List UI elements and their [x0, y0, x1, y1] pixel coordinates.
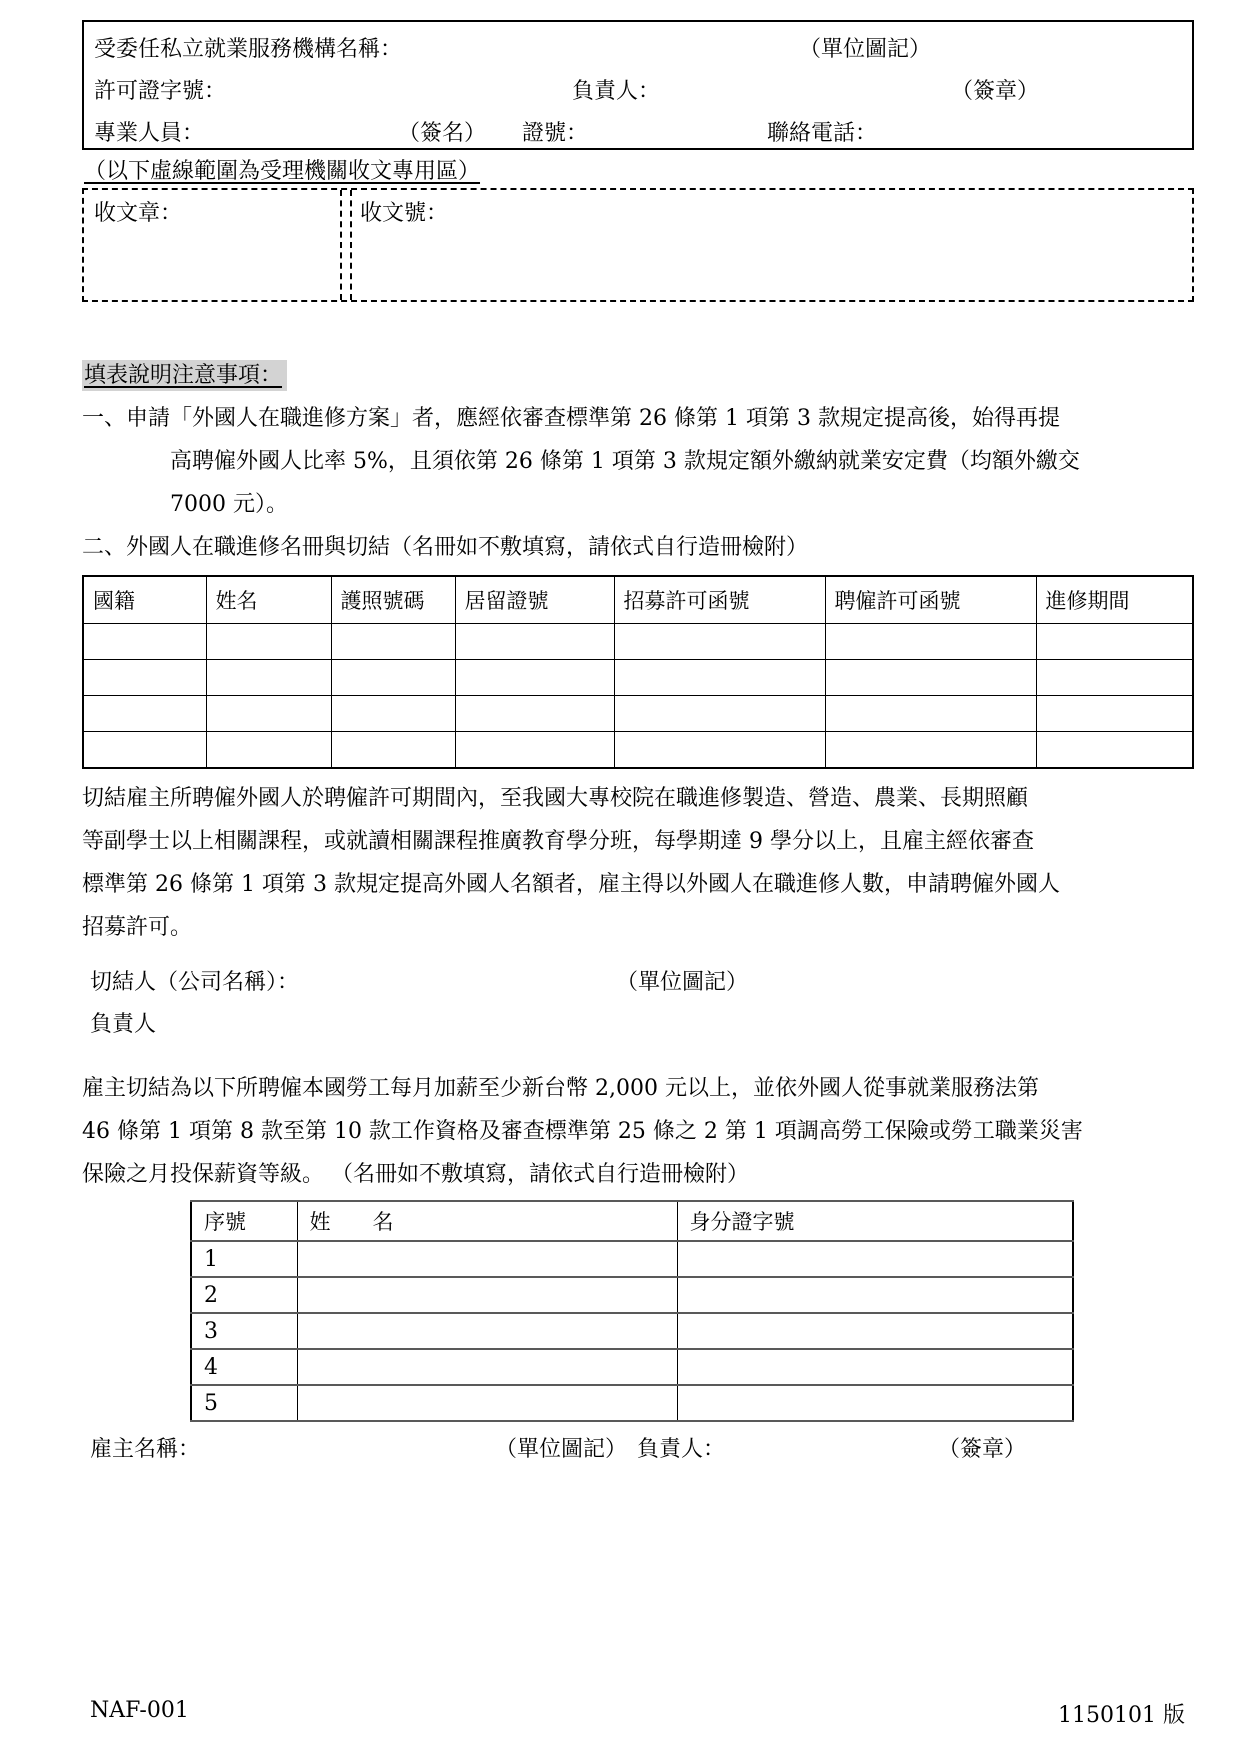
table1-header-name: 姓名 [206, 576, 331, 624]
empty-cell [1036, 624, 1193, 660]
instruction-line: 高聘僱外國人比率 5%，且須依第 26 條第 1 項第 3 款規定額外繳納就業安… [82, 440, 1194, 483]
table-row: 4 [191, 1349, 1073, 1385]
table-row [83, 732, 1193, 769]
pledge-line: 標準第 26 條第 1 項第 3 款規定提高外國人名額者，雇主得以外國人在職進修… [82, 863, 1194, 906]
receipt-divider [342, 190, 352, 300]
declarant-label: 切結人（公司名稱）： [90, 965, 299, 996]
table1-header-nationality: 國籍 [83, 576, 206, 624]
empty-cell [455, 660, 614, 696]
table-row [83, 696, 1193, 732]
applicant-agency-box: 受委任私立就業服務機構名稱： （單位圖記） 許可證字號： 負責人： （簽章） 專… [82, 20, 1194, 150]
domestic-worker-raise-table: 序號 姓 名 身分證字號 1 2 3 4 5 [190, 1200, 1074, 1422]
table-row [83, 660, 1193, 696]
receipt-area-note: （以下虛線範圍為受理機關收文專用區） [82, 154, 1194, 185]
table2-header-id-number: 身分證字號 [677, 1201, 1073, 1241]
responsible-person-label: 負責人： [637, 1432, 725, 1463]
signature-seal-label: （簽章） [938, 1432, 1026, 1463]
pledge-line: 切結雇主所聘僱外國人於聘僱許可期間內，至我國大專校院在職進修製造、營造、農業、長… [82, 777, 1194, 820]
receipt-number-cell: 收文號： [352, 190, 1192, 300]
empty-cell [206, 732, 331, 769]
pledge-line: 招募許可。 [82, 906, 1194, 949]
pledge-line: 等副學士以上相關課程，或就讀相關課程推廣教育學分班，每學期達 9 學分以上，且雇… [82, 820, 1194, 863]
empty-cell [455, 624, 614, 660]
empty-cell [455, 732, 614, 769]
receipt-stamp-cell: 收文章： [84, 190, 342, 300]
pledge-line: 保險之月投保薪資等級。 （名冊如不敷填寫，請依式自行造冊檢附） [82, 1153, 1194, 1196]
serial-number-cell: 3 [191, 1313, 297, 1349]
instructions-heading-text: 填表說明注意事項： [82, 360, 287, 391]
table1-header-recruitment-permit-number: 招募許可函號 [614, 576, 825, 624]
signature-label: （簽名） [398, 116, 486, 147]
professional-staff-label: 專業人員： [94, 116, 204, 147]
empty-cell [614, 624, 825, 660]
permit-number-label: 許可證字號： [94, 74, 226, 105]
unit-seal-label: （單位圖記） [799, 32, 931, 63]
form-content: 受委任私立就業服務機構名稱： （單位圖記） 許可證字號： 負責人： （簽章） 專… [82, 0, 1194, 1474]
responsible-person-label: 負責人 [82, 1007, 1194, 1049]
empty-cell [1036, 732, 1193, 769]
form-version: 1150101 版 [1058, 1698, 1185, 1729]
empty-cell [825, 660, 1036, 696]
employer-name-label: 雇主名稱： [90, 1432, 200, 1463]
instruction-line: 7000 元）。 [82, 483, 1194, 526]
serial-number-cell: 4 [191, 1349, 297, 1385]
empty-cell [614, 696, 825, 732]
employer-signature-line: 雇主名稱： （單位圖記） 負責人： （簽章） [82, 1432, 1194, 1474]
unit-seal-label: （單位圖記） [495, 1432, 627, 1463]
empty-cell [825, 696, 1036, 732]
table1-header-training-period: 進修期間 [1036, 576, 1193, 624]
table-row: 1 [191, 1241, 1073, 1277]
empty-cell [206, 696, 331, 732]
table1-header-passport-number: 護照號碼 [331, 576, 455, 624]
instructions-heading: 填表說明注意事項： [82, 358, 1194, 389]
empty-cell [331, 732, 455, 769]
receipt-number-label: 收文號： [360, 201, 448, 226]
empty-cell [614, 732, 825, 769]
table-header-row: 序號 姓 名 身分證字號 [191, 1201, 1073, 1241]
empty-cell [206, 660, 331, 696]
serial-number-cell: 1 [191, 1241, 297, 1277]
empty-cell [206, 624, 331, 660]
empty-cell [331, 624, 455, 660]
receipt-box: 收文章： 收文號： [82, 188, 1194, 302]
table1-header-residence-permit-number: 居留證號 [455, 576, 614, 624]
instruction-item-2: 二、外國人在職進修名冊與切結（名冊如不敷填寫，請依式自行造冊檢附） [82, 526, 1194, 569]
empty-cell [1036, 660, 1193, 696]
empty-cell [83, 732, 206, 769]
signature-seal-label: （簽章） [951, 74, 1039, 105]
empty-cell [677, 1241, 1073, 1277]
table2-header-name: 姓 名 [297, 1201, 677, 1241]
table-row: 3 [191, 1313, 1073, 1349]
table-row [83, 624, 1193, 660]
table-header-row: 國籍 姓名 護照號碼 居留證號 招募許可函號 聘僱許可函號 進修期間 [83, 576, 1193, 624]
empty-cell [614, 660, 825, 696]
empty-cell [825, 624, 1036, 660]
certificate-number-label: 證號： [522, 116, 588, 147]
unit-seal-label: （單位圖記） [616, 965, 748, 996]
empty-cell [455, 696, 614, 732]
empty-cell [83, 660, 206, 696]
form-page: 受委任私立就業服務機構名稱： （單位圖記） 許可證字號： 負責人： （簽章） 專… [0, 0, 1241, 1755]
pledge-line: 46 條第 1 項第 8 款至第 10 款工作資格及審查標準第 25 條之 2 … [82, 1110, 1194, 1153]
empty-cell [1036, 696, 1193, 732]
instruction-line: 一、申請「外國人在職進修方案」者，應經依審查標準第 26 條第 1 項第 3 款… [82, 397, 1194, 440]
declarant-line: 切結人（公司名稱）： （單位圖記） [82, 965, 1194, 1007]
pledge-line: 雇主切結為以下所聘僱本國勞工每月加薪至少新台幣 2,000 元以上，並依外國人從… [82, 1067, 1194, 1110]
empty-cell [297, 1349, 677, 1385]
empty-cell [297, 1313, 677, 1349]
empty-cell [677, 1313, 1073, 1349]
table-row: 2 [191, 1277, 1073, 1313]
table-row: 5 [191, 1385, 1073, 1421]
instruction-item-1: 一、申請「外國人在職進修方案」者，應經依審查標準第 26 條第 1 項第 3 款… [82, 397, 1194, 526]
empty-cell [677, 1385, 1073, 1421]
empty-cell [297, 1277, 677, 1313]
pledge-paragraph-1: 切結雇主所聘僱外國人於聘僱許可期間內，至我國大專校院在職進修製造、營造、農業、長… [82, 777, 1194, 949]
empty-cell [331, 696, 455, 732]
table2-header-serial: 序號 [191, 1201, 297, 1241]
agency-name-label: 受委任私立就業服務機構名稱： [94, 32, 402, 63]
receipt-stamp-label: 收文章： [94, 201, 182, 226]
empty-cell [297, 1385, 677, 1421]
contact-phone-label: 聯絡電話： [767, 116, 877, 147]
empty-cell [83, 624, 206, 660]
empty-cell [83, 696, 206, 732]
empty-cell [677, 1349, 1073, 1385]
form-code: NAF-001 [90, 1698, 189, 1723]
foreign-worker-training-table: 國籍 姓名 護照號碼 居留證號 招募許可函號 聘僱許可函號 進修期間 [82, 575, 1194, 769]
empty-cell [825, 732, 1036, 769]
table1-header-employment-permit-number: 聘僱許可函號 [825, 576, 1036, 624]
serial-number-cell: 5 [191, 1385, 297, 1421]
empty-cell [331, 660, 455, 696]
empty-cell [677, 1277, 1073, 1313]
pledge-paragraph-2: 雇主切結為以下所聘僱本國勞工每月加薪至少新台幣 2,000 元以上，並依外國人從… [82, 1067, 1194, 1196]
empty-cell [297, 1241, 677, 1277]
responsible-person-label: 負責人： [572, 74, 660, 105]
serial-number-cell: 2 [191, 1277, 297, 1313]
